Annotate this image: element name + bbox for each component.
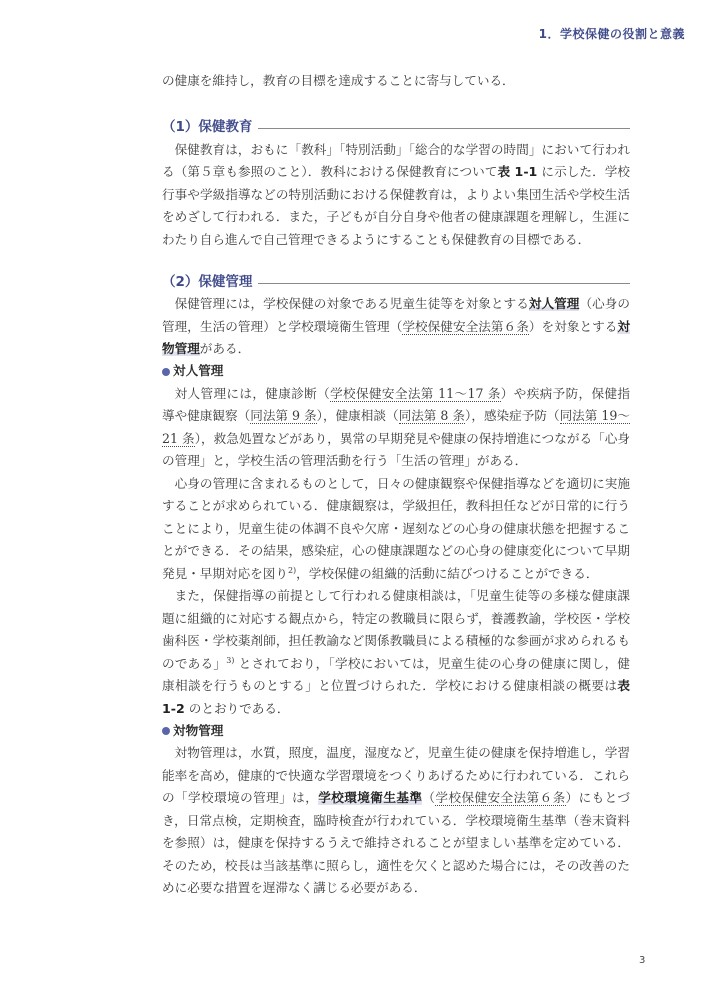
paragraph-interpersonal-2: 心身の管理に含まれるものとして，日々の健康観察や保健指導などを適切に実施すること… [162, 473, 630, 586]
paragraph-health-management: 保健管理には，学校保健の対象である児童生徒等を対象とする対人管理（心身の管理，生… [162, 293, 630, 361]
law-reference: 学校保健安全法第 11～17 条 [330, 386, 501, 402]
heading-rule [258, 128, 630, 129]
section-heading-text: （2）保健管理 [162, 271, 252, 294]
subheading-interpersonal-management: 対人管理 [162, 361, 630, 383]
text: 保健管理には，学校保健の対象である児童生徒等を対象とする [175, 296, 529, 311]
text: ），救急処置などがあり，異常の早期発見や健康の保持増進につながる「心身の管理」と… [162, 431, 630, 469]
running-head: 1．学校保健の役割と意義 [539, 25, 685, 42]
paragraph-environment: 対物管理は，水質，照度，温度，湿度など，児童生徒の健康を保持増進し，学習能率を高… [162, 742, 630, 900]
page-number: 3 [639, 955, 645, 966]
text: がある． [200, 341, 250, 356]
footnote-ref: 2) [288, 565, 296, 574]
section-heading-health-education: （1）保健教育 [162, 117, 630, 139]
subheading-text: 対物管理 [173, 720, 223, 743]
section-heading-text: （1）保健教育 [162, 116, 252, 139]
heading-rule [258, 283, 630, 284]
text: ），健康相談（ [317, 408, 399, 423]
keyword-interpersonal-management: 対人管理 [529, 296, 580, 311]
page-body: の健康を維持し，教育の目標を達成することに寄与している． （1）保健教育 保健教… [162, 70, 630, 900]
paragraph-health-education: 保健教育は，おもに「教科」「特別活動」「総合的な学習の時間」において行われる（第… [162, 139, 630, 252]
bullet-dot-icon [162, 368, 170, 376]
text: 対人管理には，健康診断（ [175, 386, 330, 401]
bullet-dot-icon [162, 727, 170, 735]
paragraph-interpersonal-3: また，保健指導の前提として行われる健康相談は，「児童生徒等の多様な健康課題に組織… [162, 585, 630, 720]
subheading-environment-management: 対物管理 [162, 720, 630, 742]
text: （ [422, 790, 435, 805]
intro-paragraph: の健康を維持し，教育の目標を達成することに寄与している． [162, 70, 630, 93]
text: のとおりである． [185, 701, 290, 716]
law-reference: 同法第 8 条 [399, 408, 465, 424]
law-reference: 同法第 9 条 [250, 408, 316, 424]
table-reference: 表 1-1 [497, 164, 537, 179]
paragraph-interpersonal-1: 対人管理には，健康診断（学校保健安全法第 11～17 条）や疾病予防，保健指導や… [162, 383, 630, 473]
text: ），感染症予防（ [465, 408, 560, 423]
keyword-school-environment-standard: 学校環境衛生基準 [318, 790, 422, 805]
text: ，学校保健の組織的活動に結びつけることができる． [296, 566, 598, 581]
text: ）を対象とする [529, 319, 618, 334]
law-reference: 学校保健安全法第６条 [435, 790, 565, 806]
subheading-text: 対人管理 [173, 360, 223, 383]
section-heading-health-management: （2）保健管理 [162, 271, 630, 293]
law-reference: 学校保健安全法第６条 [402, 319, 529, 335]
